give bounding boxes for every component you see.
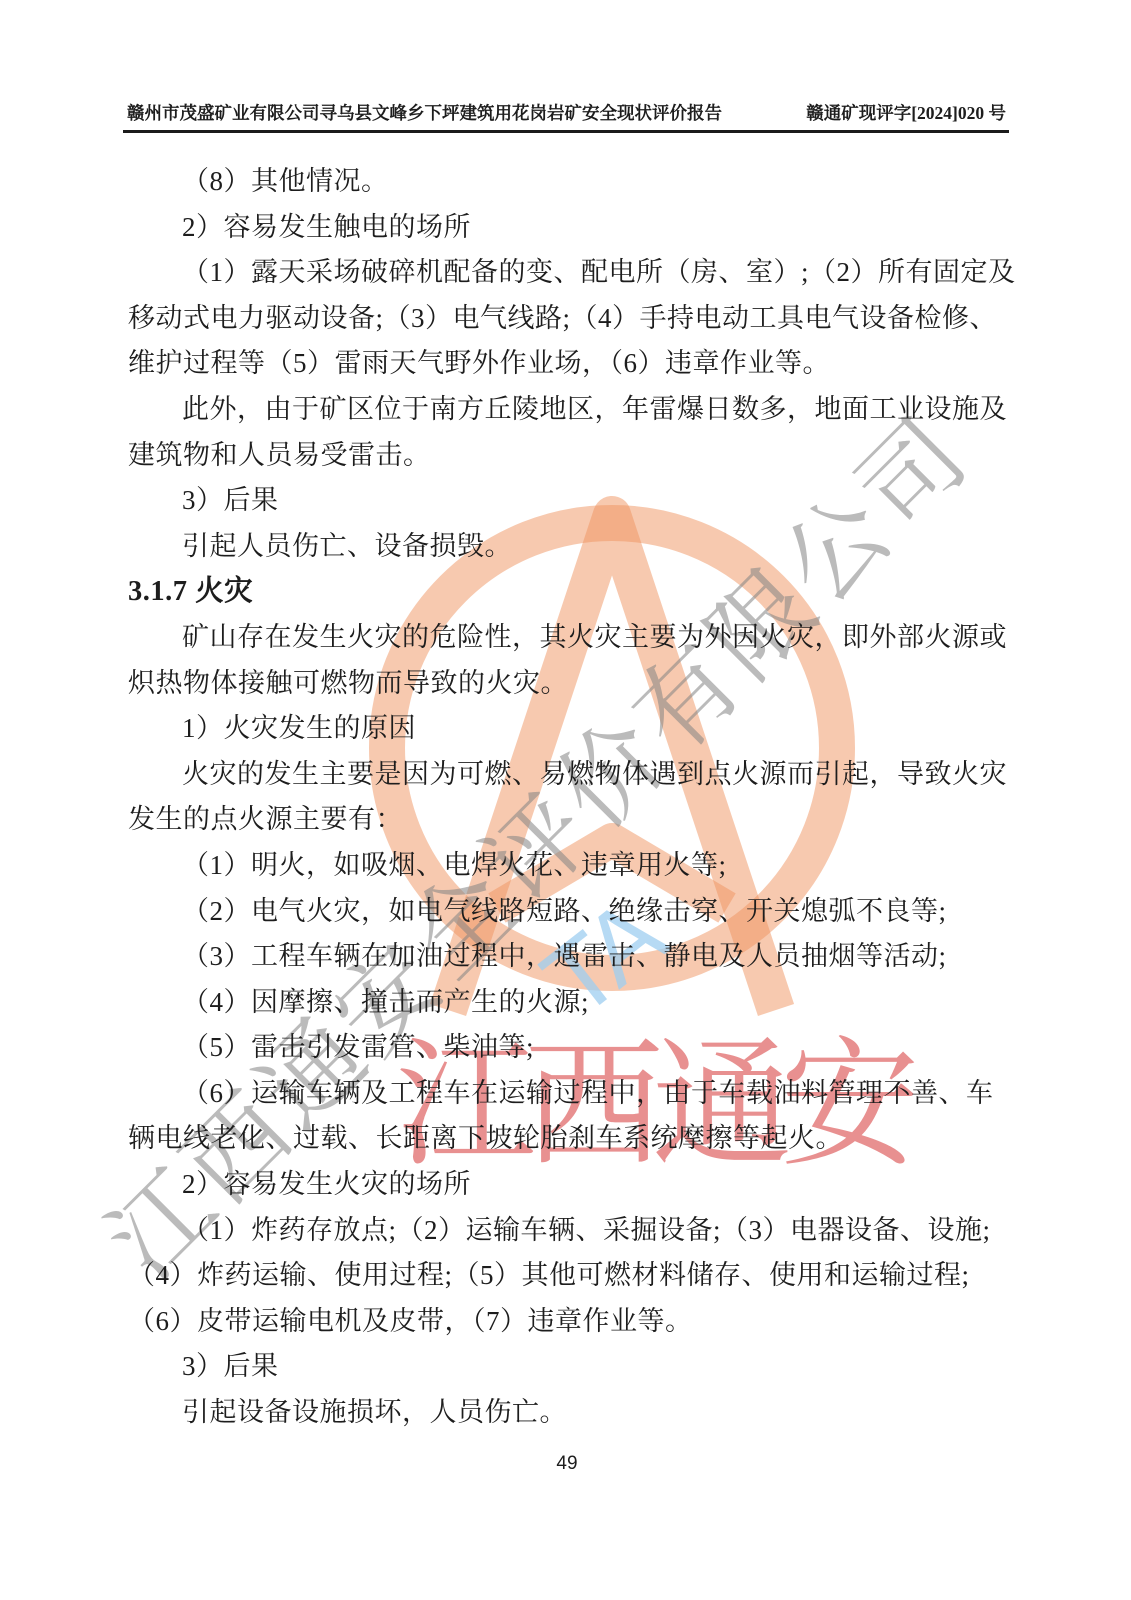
body-text: （8）其他情况。2）容易发生触电的场所（1）露天采场破碎机配备的变、配电所（房、… bbox=[128, 159, 1006, 1436]
header-rule bbox=[123, 130, 1009, 133]
header-document-number: 赣通矿现评字[2024]020 号 bbox=[806, 100, 1006, 126]
body-line: （1）露天采场破碎机配备的变、配电所（房、室）;（2）所有固定及 bbox=[128, 250, 1006, 296]
body-line: 3）后果 bbox=[128, 478, 1006, 524]
body-line: 移动式电力驱动设备;（3）电气线路;（4）手持电动工具电气设备检修、 bbox=[128, 296, 1006, 342]
body-line: 维护过程等（5）雷雨天气野外作业场，（6）违章作业等。 bbox=[128, 341, 1006, 387]
body-line: 2）容易发生触电的场所 bbox=[128, 205, 1006, 251]
document-page: TA 江西通安全评价有限公司 江西通安 赣州市茂盛矿业有限公司寻乌县文峰乡下坪建… bbox=[0, 0, 1131, 1600]
body-line: （4）炸药运输、使用过程;（5）其他可燃材料储存、使用和运输过程; bbox=[128, 1253, 1006, 1299]
body-line: 火灾的发生主要是因为可燃、易燃物体遇到点火源而引起，导致火灾 bbox=[128, 752, 1006, 798]
body-line: 炽热物体接触可燃物而导致的火灾。 bbox=[128, 661, 1006, 707]
body-line: 2）容易发生火灾的场所 bbox=[128, 1162, 1006, 1208]
body-line: 辆电线老化、过载、长距离下坡轮胎刹车系统摩擦等起火。 bbox=[128, 1116, 1006, 1162]
body-line: 引起人员伤亡、设备损毁。 bbox=[128, 524, 1006, 570]
body-line: 3）后果 bbox=[128, 1344, 1006, 1390]
body-line: （8）其他情况。 bbox=[128, 159, 1006, 205]
body-line: （2）电气火灾，如电气线路短路、绝缘击穿、开关熄弧不良等; bbox=[128, 889, 1006, 935]
section-heading: 3.1.7 火灾 bbox=[128, 569, 1006, 615]
body-line: 此外，由于矿区位于南方丘陵地区，年雷爆日数多，地面工业设施及 bbox=[128, 387, 1006, 433]
body-line: 建筑物和人员易受雷击。 bbox=[128, 433, 1006, 479]
body-line: 矿山存在发生火灾的危险性，其火灾主要为外因火灾，即外部火源或 bbox=[128, 615, 1006, 661]
body-line: 发生的点火源主要有： bbox=[128, 797, 1006, 843]
header-report-title: 赣州市茂盛矿业有限公司寻乌县文峰乡下坪建筑用花岗岩矿安全现状评价报告 bbox=[127, 100, 722, 126]
body-line: （1）明火，如吸烟、电焊火花、违章用火等; bbox=[128, 843, 1006, 889]
body-line: （6）皮带运输电机及皮带，（7）违章作业等。 bbox=[128, 1299, 1006, 1345]
body-line: （5）雷击引发雷管、柴油等; bbox=[128, 1025, 1006, 1071]
body-line: 1）火灾发生的原因 bbox=[128, 706, 1006, 752]
body-line: （3）工程车辆在加油过程中，遇雷击、静电及人员抽烟等活动; bbox=[128, 934, 1006, 980]
page-number: 49 bbox=[128, 1450, 1006, 1478]
body-line: （6）运输车辆及工程车在运输过程中，由于车载油料管理不善、车 bbox=[128, 1071, 1006, 1117]
body-line: 引起设备设施损坏，人员伤亡。 bbox=[128, 1390, 1006, 1436]
page-header: 赣州市茂盛矿业有限公司寻乌县文峰乡下坪建筑用花岗岩矿安全现状评价报告 赣通矿现评… bbox=[127, 100, 1006, 126]
body-line: （1）炸药存放点;（2）运输车辆、采掘设备;（3）电器设备、设施; bbox=[128, 1208, 1006, 1254]
body-line: （4）因摩擦、撞击而产生的火源; bbox=[128, 980, 1006, 1026]
